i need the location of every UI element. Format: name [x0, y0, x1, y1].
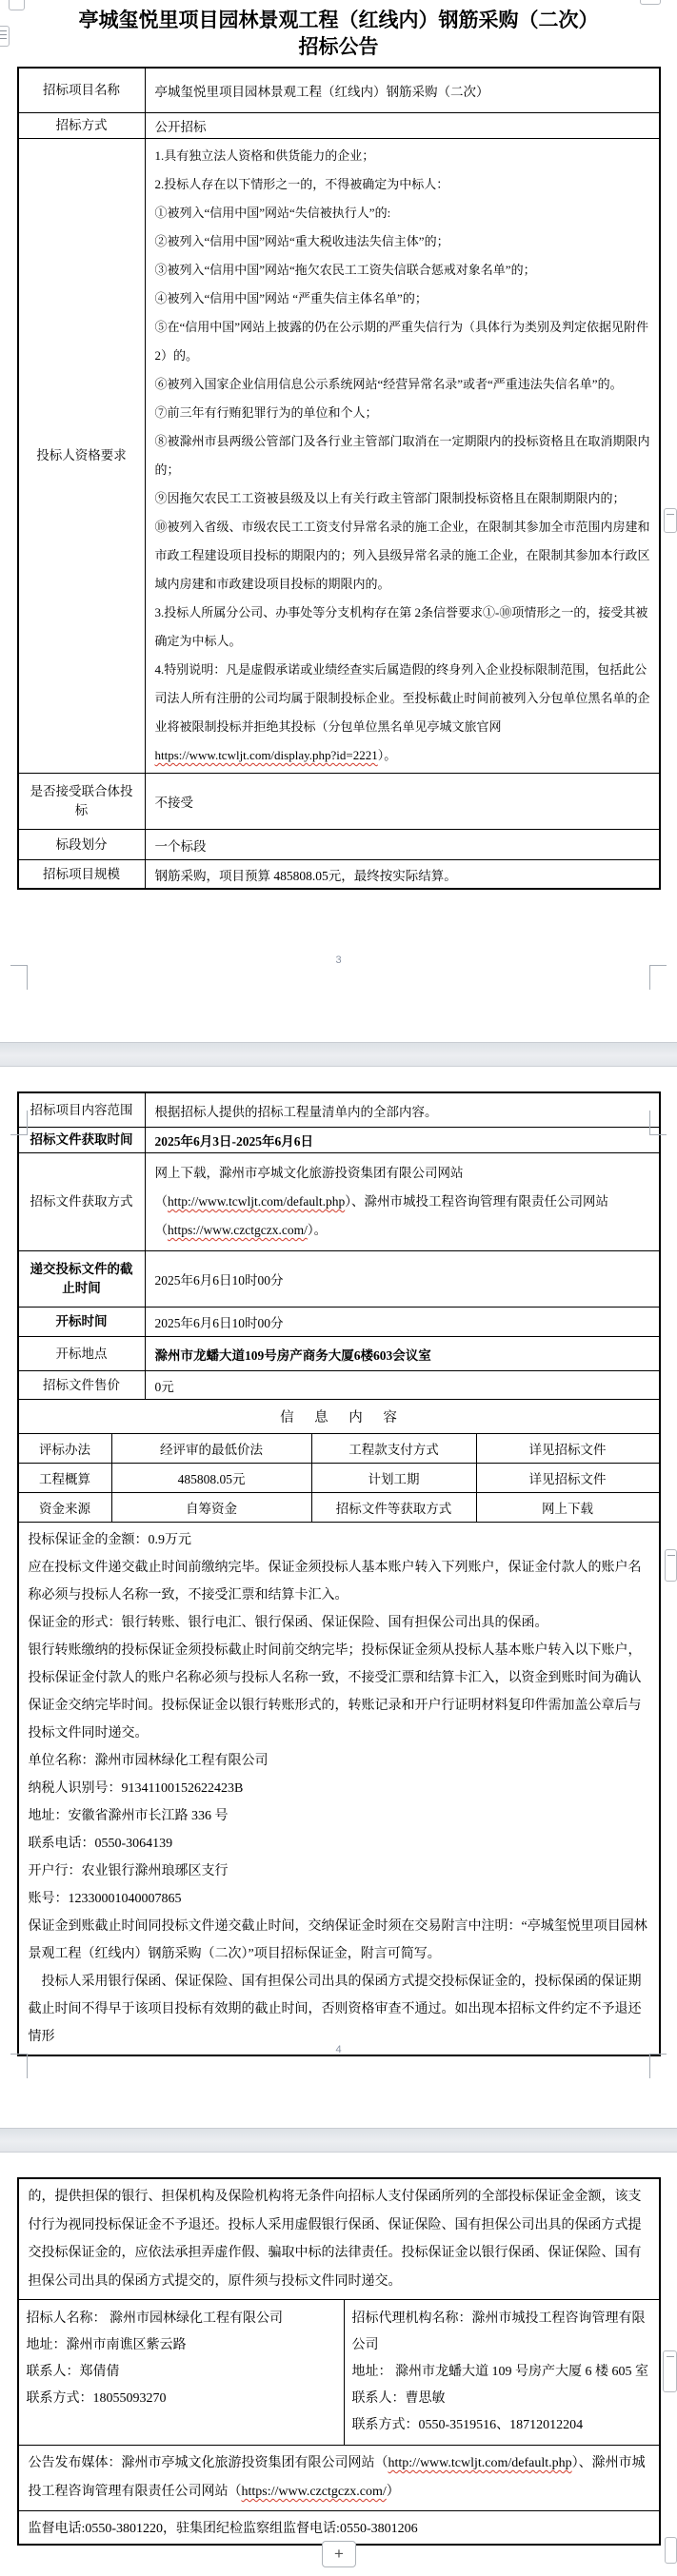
info-cell: 自筹资金 [112, 1493, 312, 1522]
table-row-supervision: 监督电话:0550-3801220，驻集团纪检监察组监督电话:0550-3801… [19, 2511, 659, 2544]
supervision-phone-text: 监督电话:0550-3801220，驻集团纪检监察组监督电话:0550-3801… [19, 2511, 428, 2544]
row-label: 招标方式 [19, 113, 146, 138]
contacts-row: 招标人名称： 滁州市园林绿化工程有限公司 地址：滁州市南谯区紫云路 联系人：郑倩… [19, 2300, 659, 2446]
tenderer-contact-block: 招标人名称： 滁州市园林绿化工程有限公司 地址：滁州市南谯区紫云路 联系人：郑倩… [19, 2300, 345, 2445]
plus-icon: + [334, 2545, 344, 2564]
table-row-scale: 招标项目规模 钢筋采购，项目预算 485808.05元，最终按实际结算。 [19, 860, 659, 888]
row-label: 招标文件获取方式 [19, 1153, 146, 1250]
doc-price-value: 0元 [155, 1376, 653, 1395]
info-cell: 工程款支付方式 [312, 1434, 477, 1463]
scope-value: 根据招标人提供的招标工程量清单内的全部内容。 [155, 1101, 653, 1120]
account-address: 地址：安徽省滁州市长江路 336 号 [29, 1802, 649, 1830]
agency-contact-person: 联系人：曹思敏 [352, 2386, 651, 2412]
text-boundary-mark [649, 1111, 667, 1135]
table-row-deadline: 递交投标文件的截止时间 2025年6月6日10时00分 [19, 1251, 659, 1308]
info-cell: 评标办法 [19, 1434, 112, 1463]
tenderer-phone: 联系方式：18055093270 [27, 2386, 336, 2412]
row-label: 递交投标文件的截止时间 [19, 1251, 146, 1307]
info-row-1: 评标办法 经评审的最低价法 工程款支付方式 详见招标文件 [19, 1434, 659, 1464]
info-cell: 资金来源 [19, 1493, 112, 1522]
row-label: 招标项目内容范围 [19, 1093, 146, 1127]
info-cell: 网上下载 [477, 1493, 659, 1522]
page-title: 亭城玺悦里项目园林景观工程（红线内）钢筋采购（二次） 招标公告 [0, 0, 677, 61]
table-row-doc-price: 招标文件售价 0元 [19, 1371, 659, 1400]
qual-item: ①被列入“信用中国”网站“失信被执行人”的: [155, 199, 653, 227]
blacklist-link[interactable]: https://www.tcwljt.com/display.php?id=22… [155, 748, 378, 762]
toolbar-fragment-icon[interactable] [9, 0, 25, 10]
deposit-amount: 投标保证金的金额：0.9万元 [29, 1526, 649, 1554]
info-cell: 经评审的最低价法 [112, 1434, 312, 1463]
document-page-3: 的，提供担保的银行、担保机构及保险机构将无条件向招标人支付保函所列的全部投标保证… [0, 2153, 677, 2576]
qual-item: ⑩被列入省级、市级农民工工资支付异常名录的施工企业，在限制其参加全市范围内房建和… [155, 513, 653, 599]
qual-item: ④被列入“信用中国”网站 “严重失信主体名单”的； [155, 285, 653, 313]
account-phone: 联系电话：0550-3064139 [29, 1830, 649, 1858]
document-page-1: 亭城玺悦里项目园林景观工程（红线内）钢筋采购（二次） 招标公告 招标项目名称 亭… [0, 0, 677, 1042]
tcwljt-link[interactable]: http://www.tcwljt.com/default.php [168, 1194, 345, 1209]
table-row-doc-method: 招标文件获取方式 网上下载，滁州市亭城文化旅游投资集团有限公司网站（http:/… [19, 1153, 659, 1251]
qual-item: ⑥被列入国家企业信用信息公示系统网站“经营异常名录”或者“严重违法失信名单”的。 [155, 370, 653, 399]
taxpayer-id: 纳税人识别号：91341100152622423B [29, 1775, 649, 1802]
table-row-doc-time: 招标文件获取时间 2025年6月3日-2025年6月6日 [19, 1128, 659, 1153]
document-page-2: 招标项目内容范围 根据招标人提供的招标工程量清单内的全部内容。 招标文件获取时间… [0, 1067, 677, 2128]
title-line-1: 亭城玺悦里项目园林景观工程（红线内）钢筋采购（二次） [0, 8, 677, 34]
project-name-value: 亭城玺悦里项目园林景观工程（红线内）钢筋采购（二次） [155, 81, 653, 100]
text-boundary-mark [649, 965, 667, 990]
info-cell: 详见招标文件 [477, 1434, 659, 1463]
list-icon[interactable] [0, 26, 10, 47]
agency-contact-block: 招标代理机构名称：滁州市城投工程咨询管理有限公司 地址： 滁州市龙蟠大道 109… [345, 2300, 659, 2445]
page-separator [0, 2128, 677, 2153]
qual-item: 2.投标人存在以下情形之一的，不得被确定为中标人： [155, 170, 653, 199]
table-row-sections: 标段划分 一个标段 [19, 830, 659, 860]
qual-special-note: 4.特别说明：凡是虚假承诺或业绩经查实后属造假的终身列入企业投标限制范围，包括此… [155, 656, 653, 770]
table-row-project-name: 招标项目名称 亭城玺悦里项目园林景观工程（红线内）钢筋采购（二次） [19, 69, 659, 113]
sections-value: 一个标段 [155, 836, 653, 855]
row-label: 招标文件获取时间 [19, 1128, 146, 1152]
tender-info-table-3: 的，提供担保的银行、担保机构及保险机构将无条件向招标人支付保函所列的全部投标保证… [17, 2177, 661, 2546]
info-cell: 计划工期 [312, 1464, 477, 1492]
agency-phone: 联系方式：0550-3519516、18712012204 [352, 2412, 651, 2439]
qual-item: ⑧被滁州市县两级公管部门及各行业主管部门取消在一定期限内的投标资格且在取消期限内… [155, 427, 653, 484]
scale-value: 钢筋采购，项目预算 485808.05元，最终按实际结算。 [155, 865, 653, 884]
qual-item: 3.投标人所属分公司、办事处等分支机构存在第 2条信誉要求①-⑩项情形之一的，接… [155, 599, 653, 656]
qual-item: ⑤在“信用中国”网站上披露的仍在公示期的严重失信行为（具体行为类别及判定依据见附… [155, 313, 653, 370]
row-label: 是否接受联合体投标 [19, 774, 146, 829]
deadline-value: 2025年6月6日10时00分 [155, 1269, 653, 1288]
doc-time-value: 2025年6月3日-2025年6月6日 [155, 1131, 653, 1150]
account-number: 账号：12330001040007865 [29, 1885, 649, 1913]
deposit-terms-text: 投标保证金的金额：0.9万元 应在投标文件递交截止时间前缴纳完毕。保证金须投标人… [19, 1523, 659, 2055]
consortium-value: 不接受 [155, 792, 653, 811]
text-boundary-mark [649, 2054, 667, 2078]
list-glyph [0, 30, 9, 39]
guarantee-continued-text: 的，提供担保的银行、担保机构及保险机构将无条件向招标人支付保函所列的全部投标保证… [29, 2183, 649, 2295]
announcement-media-text: 公告发布媒体：滁州市亭城文化旅游投资集团有限公司网站（http://www.tc… [29, 2449, 649, 2507]
note-text: 4.特别说明：凡是虚假承诺或业绩经查实后属造假的终身列入企业投标限制范围，包括此… [155, 662, 650, 734]
account-company-name: 单位名称：滁州市园林绿化工程有限公司 [29, 1747, 649, 1775]
zoom-in-button[interactable]: + [322, 2541, 356, 2567]
deposit-paragraph: 投标人采用银行保函、保证保险、国有担保公司出具的保函方式提交投标保证金的，投标保… [29, 1968, 649, 2051]
method-value: 公开招标 [155, 116, 653, 135]
sidebar-collapse-icon[interactable] [665, 1549, 677, 1582]
table-row-qualification: 投标人资格要求 1.具有独立法人资格和供货能力的企业； 2.投标人存在以下情形之… [19, 139, 659, 774]
qualification-text: 1.具有独立法人资格和供货能力的企业； 2.投标人存在以下情形之一的，不得被确定… [146, 139, 659, 773]
method-text: ）。 [308, 1223, 327, 1237]
info-cell: 招标文件等获取方式 [312, 1493, 477, 1522]
czctgczx-link[interactable]: https://www.czctgczx.com/ [168, 1223, 308, 1237]
text-boundary-mark [10, 965, 28, 990]
bank-branch: 开户行：农业银行滁州琅琊区支行 [29, 1858, 649, 1885]
deposit-paragraph: 银行转账缴纳的投标保证金须投标截止时间前交纳完毕；投标保证金须从投标人基本账户转… [29, 1637, 649, 1747]
tender-info-table-2: 招标项目内容范围 根据招标人提供的招标工程量清单内的全部内容。 招标文件获取时间… [17, 1091, 661, 2056]
qual-item: ②被列入“信用中国”网站“重大税收违法失信主体”的； [155, 227, 653, 256]
info-section-header: 信 息 内 容 [19, 1400, 659, 1434]
row-label: 投标人资格要求 [19, 139, 146, 773]
qual-item: ⑨因拖欠农民工工资被县级及以上有关行政主管部门限制投标资格且在限制期限内的； [155, 484, 653, 513]
deposit-paragraph: 保证金的形式：银行转账、银行电汇、银行保函、保证保险、国有担保公司出具的保函。 [29, 1609, 649, 1637]
info-cell: 详见招标文件 [477, 1464, 659, 1492]
row-label: 招标文件售价 [19, 1371, 146, 1399]
table-row-consortium: 是否接受联合体投标 不接受 [19, 774, 659, 830]
page-number: 4 [0, 2044, 677, 2055]
row-label: 开标时间 [19, 1308, 146, 1336]
page-number: 3 [0, 954, 677, 966]
tenderer-name: 招标人名称： 滁州市园林绿化工程有限公司 [27, 2306, 336, 2332]
text-boundary-mark [10, 2054, 28, 2078]
table-row-guarantee-continued: 的，提供担保的银行、担保机构及保险机构将无条件向招标人支付保函所列的全部投标保证… [19, 2179, 659, 2300]
agency-name: 招标代理机构名称：滁州市城投工程咨询管理有限公司 [352, 2306, 651, 2359]
info-cell: 485808.05元 [112, 1464, 312, 1492]
deposit-paragraph: 保证金到账截止时间同投标文件递交截止时间，交纳保证金时须在交易附言中注明：“亭城… [29, 1913, 649, 1968]
page-separator [0, 1042, 677, 1067]
media-text: ） [387, 2485, 400, 2499]
open-place-value: 滁州市龙蟠大道109号房产商务大厦6楼603会议室 [155, 1345, 653, 1364]
fullscreen-icon[interactable] [665, 2537, 677, 2564]
doc-method-value: 网上下载，滁州市亭城文化旅游投资集团有限公司网站（http://www.tcwl… [155, 1159, 653, 1245]
deposit-paragraph: 应在投标文件递交截止时间前缴纳完毕。保证金须投标人基本账户转入下列账户，保证金付… [29, 1554, 649, 1609]
table-row-scope: 招标项目内容范围 根据招标人提供的招标工程量清单内的全部内容。 [19, 1093, 659, 1128]
open-time-value: 2025年6月6日10时00分 [155, 1312, 653, 1331]
title-line-2: 招标公告 [0, 34, 677, 61]
tender-info-table: 招标项目名称 亭城玺悦里项目园林景观工程（红线内）钢筋采购（二次） 招标方式 公… [17, 67, 661, 890]
info-cell: 工程概算 [19, 1464, 112, 1492]
info-row-2: 工程概算 485808.05元 计划工期 详见招标文件 [19, 1464, 659, 1493]
row-label: 标段划分 [19, 830, 146, 859]
table-row-method: 招标方式 公开招标 [19, 113, 659, 139]
row-label: 招标项目规模 [19, 860, 146, 888]
qual-item: ③被列入“信用中国”网站“拖欠农民工工资失信联合惩戒对象名单”的； [155, 256, 653, 285]
sidebar-collapse-icon[interactable] [664, 508, 677, 533]
toolbar-fragment-icon[interactable] [640, 0, 661, 5]
info-row-3: 资金来源 自筹资金 招标文件等获取方式 网上下载 [19, 1493, 659, 1523]
table-row-media: 公告发布媒体：滁州市亭城文化旅游投资集团有限公司网站（http://www.tc… [19, 2446, 659, 2511]
table-row-open-place: 开标地点 滁州市龙蟠大道109号房产商务大厦6楼603会议室 [19, 1337, 659, 1371]
text-boundary-mark [10, 1111, 28, 1135]
qual-item: ⑦前三年有行贿犯罪行为的单位和个人； [155, 399, 653, 427]
row-label: 开标地点 [19, 1337, 146, 1370]
qual-item: 1.具有独立法人资格和供货能力的企业； [155, 142, 653, 170]
agency-address: 地址： 滁州市龙蟠大道 109 号房产大厦 6 楼 605 室 [352, 2359, 651, 2386]
czctgczx-link[interactable]: https://www.czctgczx.com/ [242, 2485, 387, 2499]
note-text: ）。 [378, 748, 397, 762]
row-label: 招标项目名称 [19, 69, 146, 112]
media-text: 公告发布媒体：滁州市亭城文化旅游投资集团有限公司网站（ [29, 2456, 388, 2470]
sidebar-collapse-icon[interactable] [663, 2350, 677, 2392]
tenderer-address: 地址：滁州市南谯区紫云路 [27, 2332, 336, 2359]
table-row-open-time: 开标时间 2025年6月6日10时00分 [19, 1308, 659, 1337]
tenderer-contact-person: 联系人：郑倩倩 [27, 2359, 336, 2386]
tcwljt-link[interactable]: http://www.tcwljt.com/default.php [388, 2456, 572, 2470]
